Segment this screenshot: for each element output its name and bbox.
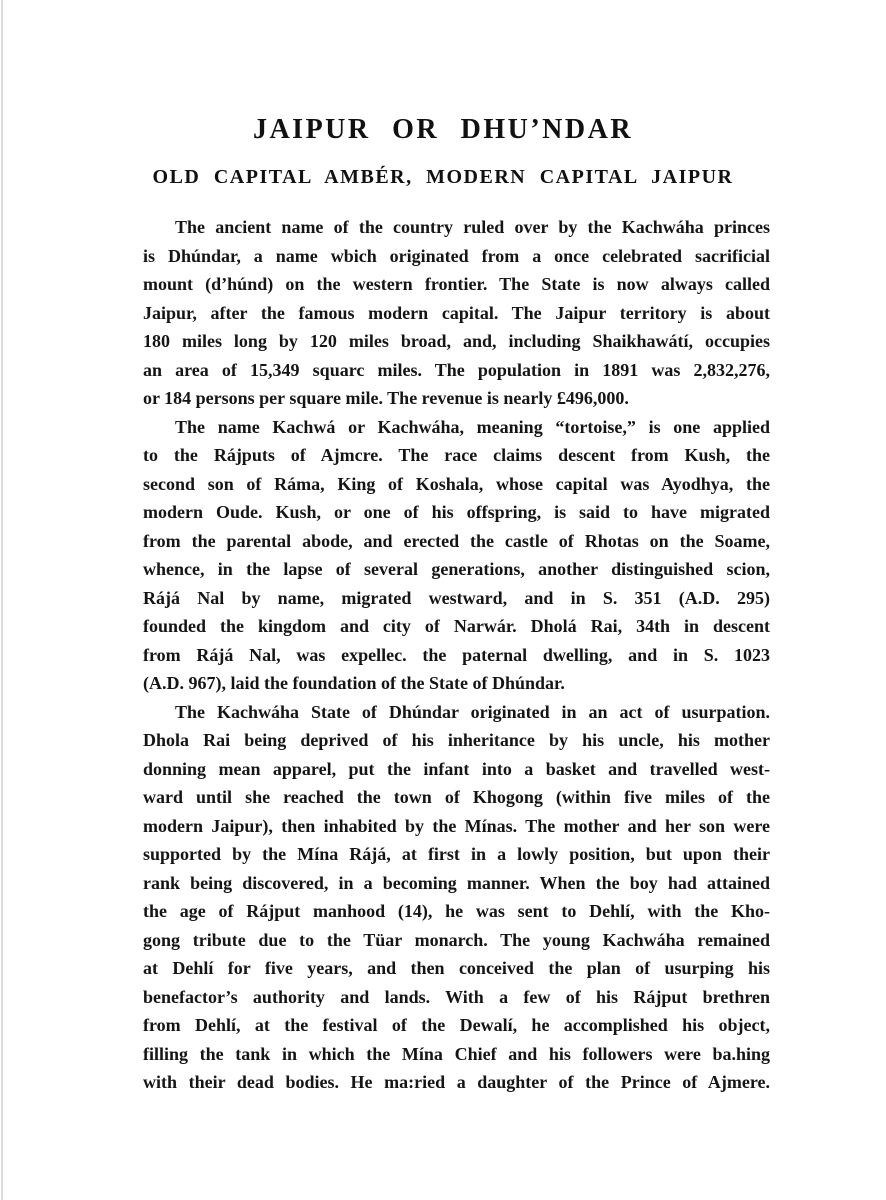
text-line: The Kachwáha State of Dhúndar originated… xyxy=(143,698,770,727)
page-subtitle: OLD CAPITAL AMBÉR, MODERN CAPITAL JAIPUR xyxy=(0,166,886,189)
text-line: from Dehlí, at the festival of the Dewal… xyxy=(143,1011,770,1040)
text-line: (A.D. 967), laid the foundation of the S… xyxy=(143,669,770,698)
text-line: at Dehlí for five years, and then concei… xyxy=(143,954,770,983)
text-line: mount (d’húnd) on the western frontier. … xyxy=(143,270,770,299)
text-line: with their dead bodies. He ma:ried a dau… xyxy=(143,1068,770,1097)
text-line: benefactor’s authority and lands. With a… xyxy=(143,983,770,1012)
page-edge-line xyxy=(1,0,3,1200)
text-line: donning mean apparel, put the infant int… xyxy=(143,755,770,784)
text-line: gong tribute due to the Tüar monarch. Th… xyxy=(143,926,770,955)
text-line: supported by the Mína Rájá, at first in … xyxy=(143,840,770,869)
text-line: filling the tank in which the Mína Chief… xyxy=(143,1040,770,1069)
text-line: the age of Rájput manhood (14), he was s… xyxy=(143,897,770,926)
text-line: or 184 persons per square mile. The reve… xyxy=(143,384,770,413)
text-line: modern Jaipur), then inhabited by the Mí… xyxy=(143,812,770,841)
body-text: The ancient name of the country ruled ov… xyxy=(143,213,770,1097)
page-title: JAIPUR OR DHU’NDAR xyxy=(0,114,886,146)
text-line: Rájá Nal by name, migrated westward, and… xyxy=(143,584,770,613)
paragraph: The Kachwáha State of Dhúndar originated… xyxy=(143,698,770,1097)
text-line: second son of Ráma, King of Koshala, who… xyxy=(143,470,770,499)
paragraph: The name Kachwá or Kachwáha, meaning “to… xyxy=(143,413,770,698)
text-line: Dhola Rai being deprived of his inherita… xyxy=(143,726,770,755)
text-line: founded the kingdom and city of Narwár. … xyxy=(143,612,770,641)
text-line: from the parental abode, and erected the… xyxy=(143,527,770,556)
text-line: The name Kachwá or Kachwáha, meaning “to… xyxy=(143,413,770,442)
paragraph: The ancient name of the country ruled ov… xyxy=(143,213,770,413)
text-line: rank being discovered, in a becoming man… xyxy=(143,869,770,898)
text-line: is Dhúndar, a name wbich originated from… xyxy=(143,242,770,271)
text-line: ward until she reached the town of Khogo… xyxy=(143,783,770,812)
book-page: JAIPUR OR DHU’NDAR OLD CAPITAL AMBÉR, MO… xyxy=(0,0,886,1200)
text-line: The ancient name of the country ruled ov… xyxy=(143,213,770,242)
text-line: from Rájá Nal, was expellec. the paterna… xyxy=(143,641,770,670)
text-line: Jaipur, after the famous modern capital.… xyxy=(143,299,770,328)
text-line: an area of 15,349 squarc miles. The popu… xyxy=(143,356,770,385)
text-line: whence, in the lapse of several generati… xyxy=(143,555,770,584)
text-line: modern Oude. Kush, or one of his offspri… xyxy=(143,498,770,527)
text-line: 180 miles long by 120 miles broad, and, … xyxy=(143,327,770,356)
text-line: to the Rájputs of Ajmcre. The race claim… xyxy=(143,441,770,470)
